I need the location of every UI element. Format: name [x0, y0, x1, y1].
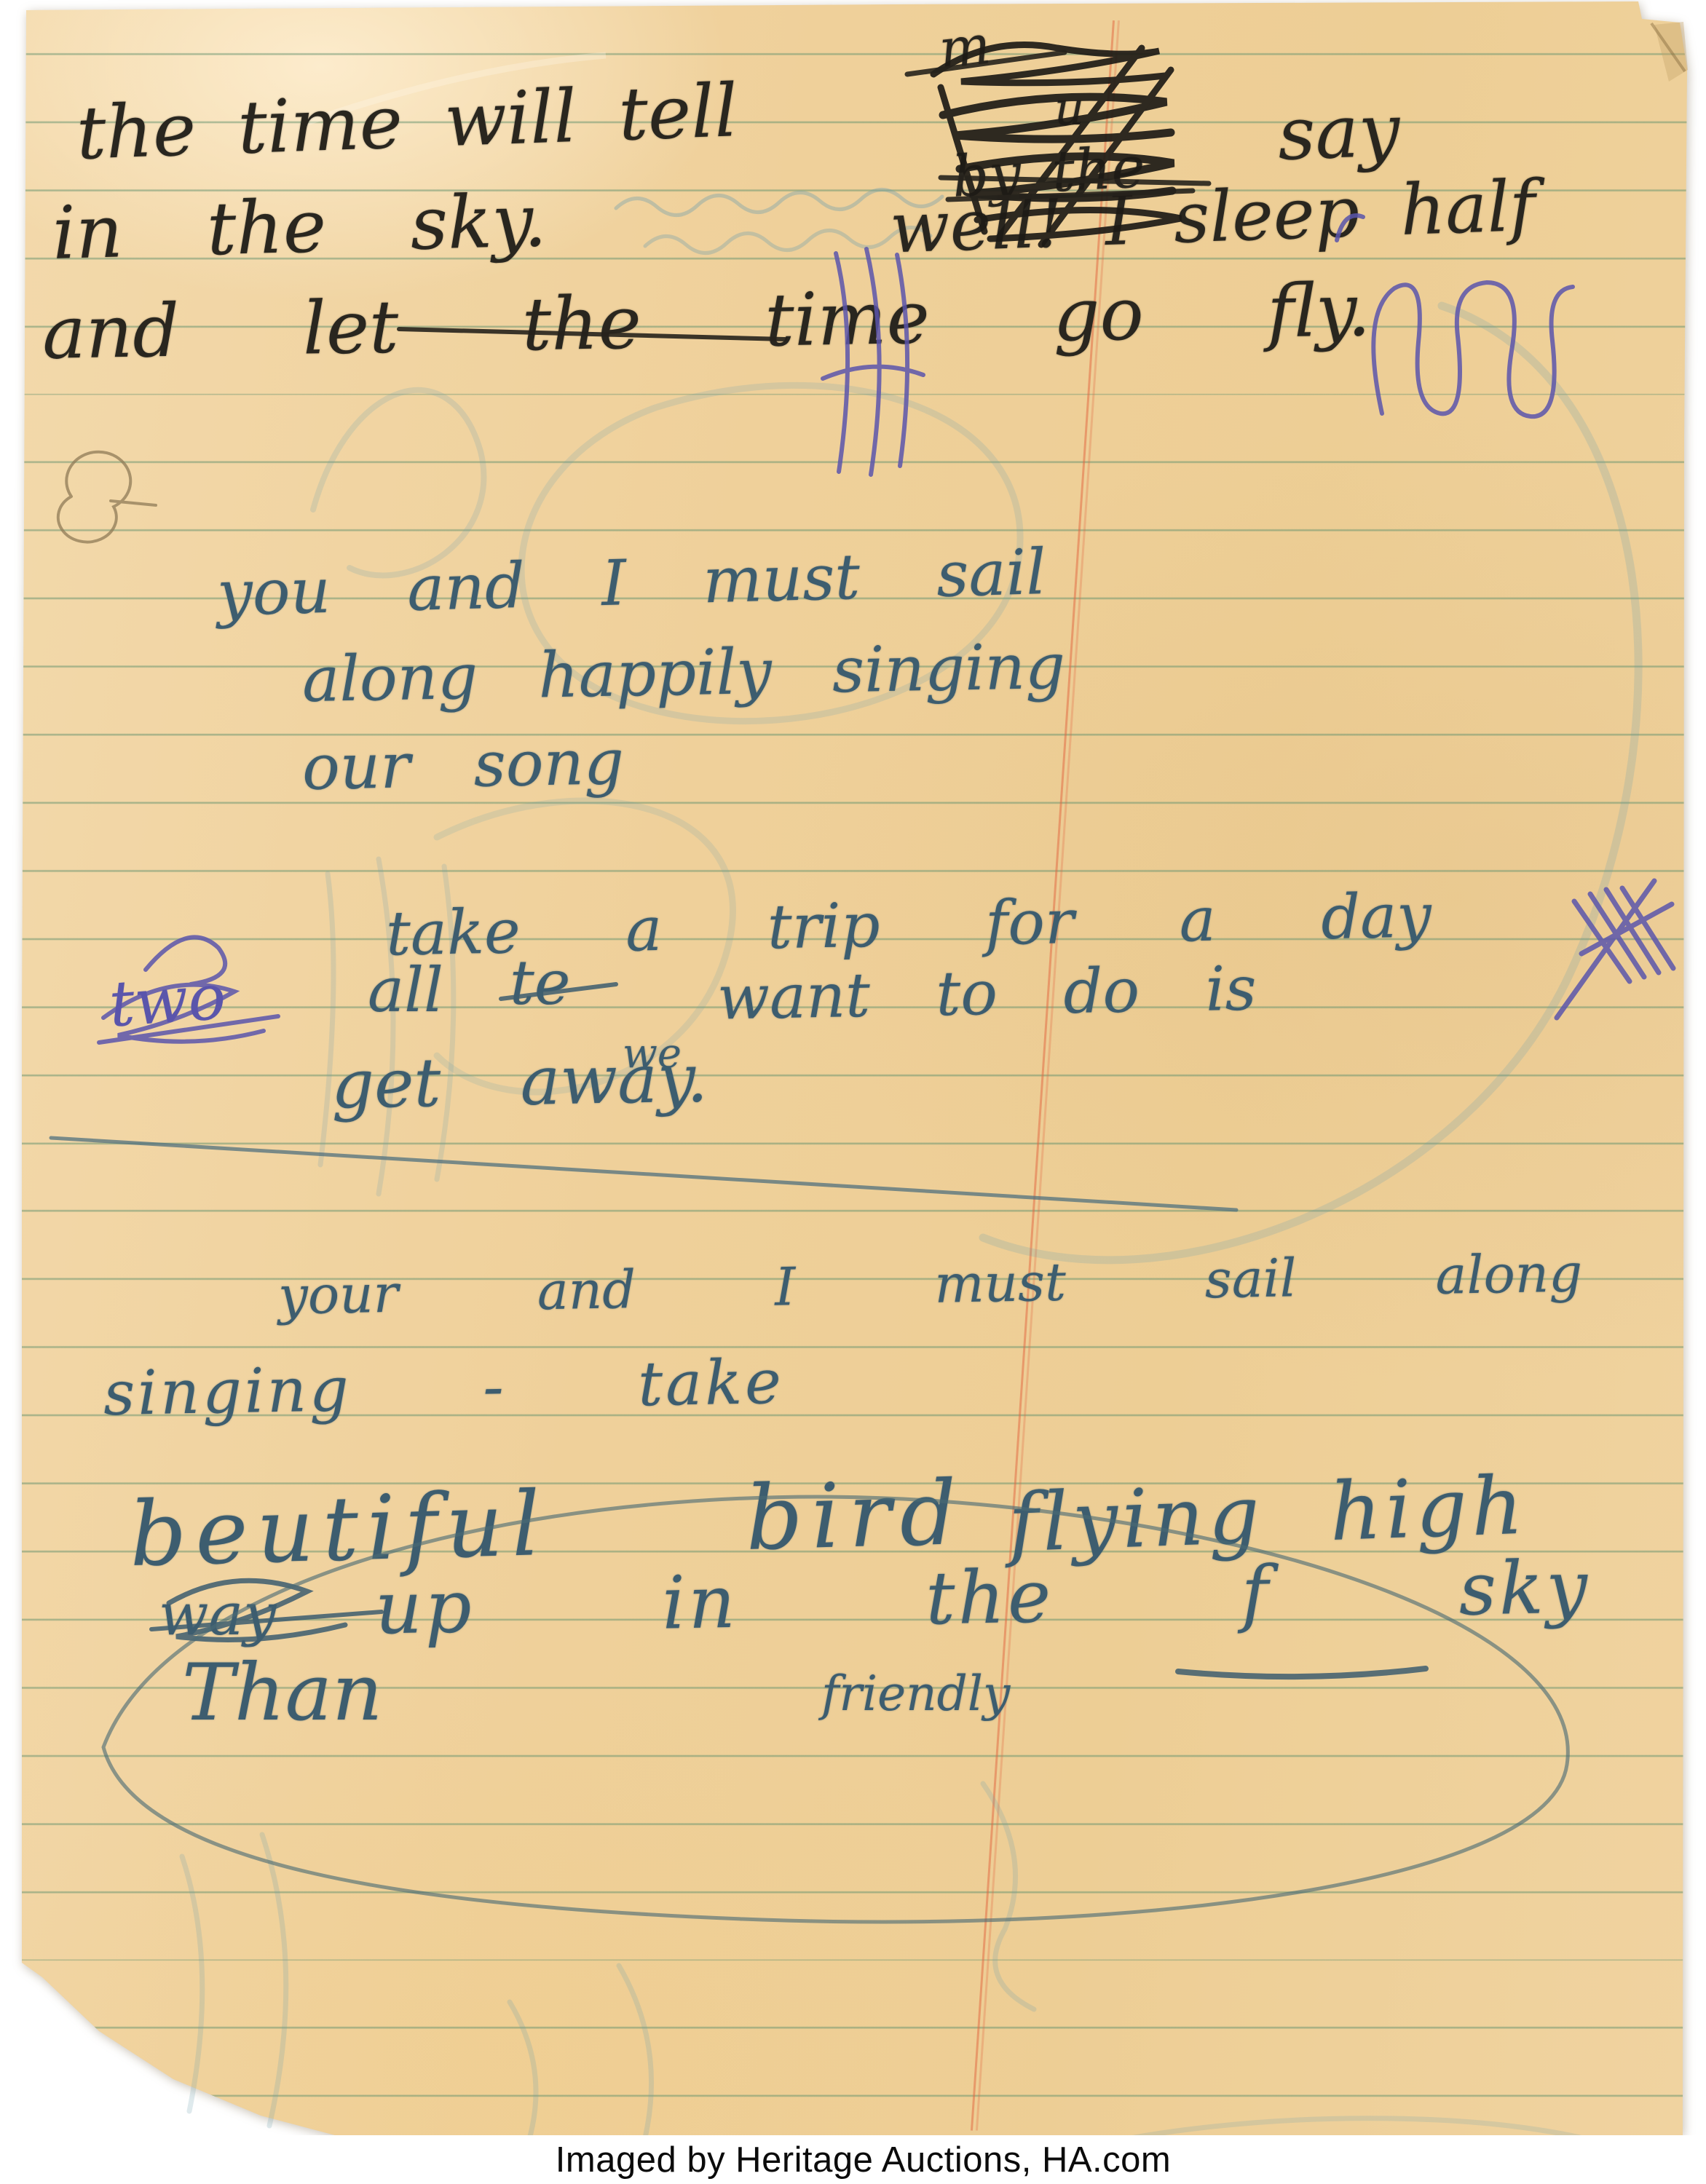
word-than: Than — [182, 1654, 383, 1733]
scanned-manuscript: the time will tell m u by the say in the… — [0, 0, 1706, 2184]
crossed-out-way: way — [159, 1586, 276, 1644]
line-the-time-will-tell: the time will tell — [76, 74, 739, 170]
line-well-i-sleep-half: well! I sleep half — [889, 171, 1537, 264]
word-all: all — [368, 960, 443, 1021]
crossed-out-two: two — [107, 966, 228, 1037]
line-want-to-do-is: want to do is — [716, 958, 1257, 1029]
line-get-away: get away. — [331, 1045, 708, 1118]
caption-text: Imaged by Heritage Auctions, HA.com — [556, 2140, 1171, 2180]
line-our-song: our song — [301, 731, 624, 799]
scribbled-letter-m: m — [936, 18, 993, 77]
floating-letter-u: u — [1054, 86, 1084, 132]
line-up-in-the-f-sky: up in the f sky — [374, 1551, 1591, 1645]
line-along-happily-singing: along happily singing — [301, 636, 1065, 711]
line-singing-take: singing - take — [103, 1351, 784, 1424]
caption-band: Imaged by Heritage Auctions, HA.com — [0, 2135, 1706, 2184]
word-friendly: friendly — [821, 1670, 1010, 1718]
line-and-let-the-time-go-fly: and let the time go fly. — [42, 274, 1371, 370]
word-say: say — [1276, 94, 1401, 171]
crossed-out-te: te — [510, 952, 570, 1013]
line-in-the-sky: in the sky. — [52, 184, 548, 270]
